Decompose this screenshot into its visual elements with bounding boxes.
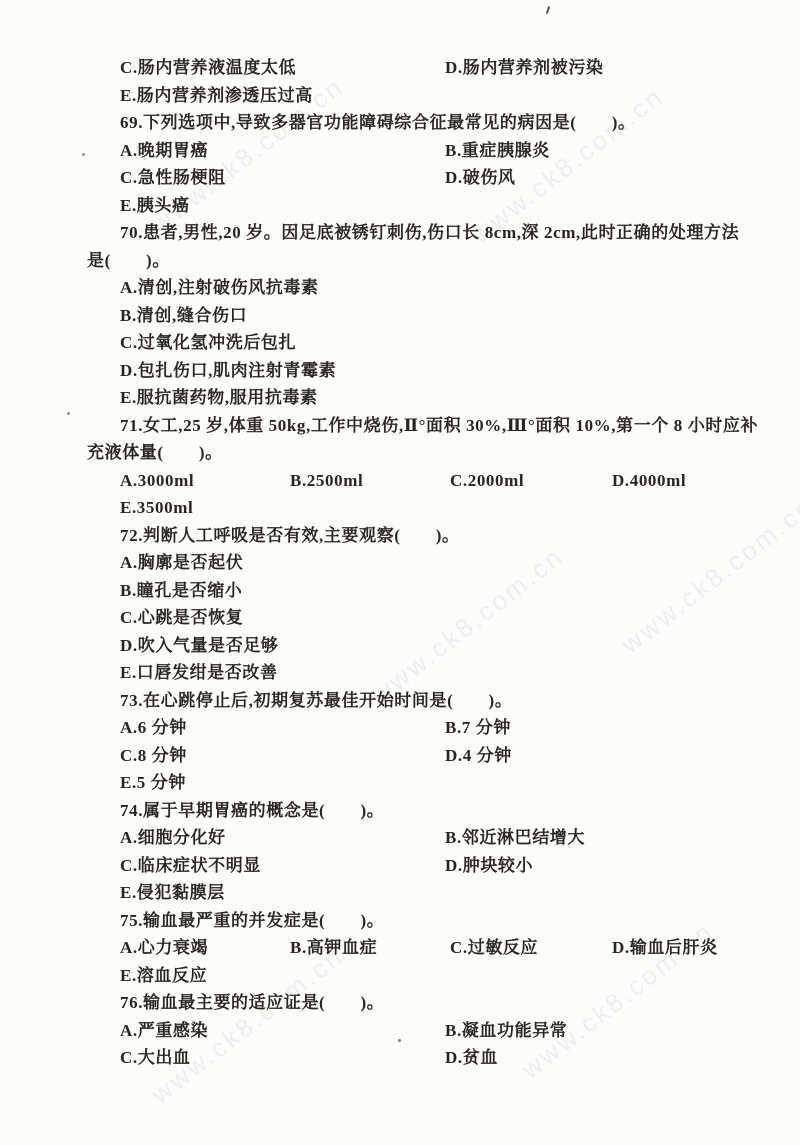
- q72-option-a: A.胸廓是否起伏: [120, 549, 243, 577]
- q76-option-d: D.贫血: [445, 1044, 498, 1072]
- q70-stem: 是( )。: [0, 247, 800, 275]
- q71-option-a: A.3000ml: [120, 467, 194, 495]
- q76-option-b: B.凝血功能异常: [445, 1017, 567, 1045]
- q71-options-row: A.3000ml B.2500ml C.2000ml D.4000ml: [0, 467, 800, 495]
- q71-stem: 71.女工,25 岁,体重 50kg,工作中烧伤,Ⅱ°面积 30%,Ⅲ°面积 1…: [0, 412, 800, 440]
- q75-option-c: C.过敏反应: [450, 934, 538, 962]
- question-76-stem: 76.输血最主要的适应证是( )。: [120, 989, 384, 1017]
- question-70-stem-line-1: 70.患者,男性,20 岁。因足底被锈钉刺伤,伤口长 8cm,深 2cm,此时正…: [120, 219, 739, 247]
- q70-option-b: B.清创,缝合伤口: [120, 302, 247, 330]
- scanned-exam-page: www.ck8.com.cn www.ck8.com.cn www.ck8.co…: [0, 0, 800, 1145]
- q71-option-e: E.3500ml: [120, 494, 193, 522]
- q75-stem: 75.输血最严重的并发症是( )。: [0, 907, 800, 935]
- q70-options-row: B.清创,缝合伤口: [0, 302, 800, 330]
- q69-options-row: C.急性肠梗阻 D.破伤风: [0, 164, 800, 192]
- q74-option-e: E.侵犯黏膜层: [120, 879, 225, 907]
- q76-options-row: A.严重感染 B.凝血功能异常: [0, 1017, 800, 1045]
- q70-options-row: E.服抗菌药物,服用抗毒素: [0, 384, 800, 412]
- q73-options-row: C.8 分钟 D.4 分钟: [0, 742, 800, 770]
- q73-option-a: A.6 分钟: [120, 714, 187, 742]
- q69-option-b: B.重症胰腺炎: [445, 137, 550, 165]
- q69-option-d: D.破伤风: [445, 164, 516, 192]
- q73-option-c: C.8 分钟: [120, 742, 187, 770]
- q74-option-c: C.临床症状不明显: [120, 852, 261, 880]
- q72-options-row: C.心跳是否恢复: [0, 604, 800, 632]
- q73-option-e: E.5 分钟: [120, 769, 186, 797]
- question-71-stem-line-1: 71.女工,25 岁,体重 50kg,工作中烧伤,Ⅱ°面积 30%,Ⅲ°面积 1…: [120, 412, 758, 440]
- q70-option-a: A.清创,注射破伤风抗毒素: [120, 274, 319, 302]
- q73-option-b: B.7 分钟: [445, 714, 511, 742]
- q69-options-row: E.胰头癌: [0, 192, 800, 220]
- question-75-stem: 75.输血最严重的并发症是( )。: [120, 907, 384, 935]
- q74-option-b: B.邻近淋巴结增大: [445, 824, 585, 852]
- q72-option-c: C.心跳是否恢复: [120, 604, 243, 632]
- q71-option-d: D.4000ml: [612, 467, 686, 495]
- question-69-stem: 69.下列选项中,导致多器官功能障碍综合征最常见的病因是( )。: [120, 109, 636, 137]
- q72-option-b: B.瞳孔是否缩小: [120, 577, 242, 605]
- q70-option-d: D.包扎伤口,肌肉注射青霉素: [120, 357, 336, 385]
- q74-options-row: A.细胞分化好 B.邻近淋巴结增大: [0, 824, 800, 852]
- q75-option-b: B.高钾血症: [290, 934, 377, 962]
- q72-option-d: D.吹入气量是否足够: [120, 632, 279, 660]
- q68-option-e: E.肠内营养剂渗透压过高: [120, 82, 313, 110]
- question-70-stem-line-2: 是( )。: [87, 247, 170, 275]
- q68-option-c: C.肠内营养液温度太低: [120, 54, 296, 82]
- q69-options-row: A.晚期胃癌 B.重症胰腺炎: [0, 137, 800, 165]
- q72-options-row: D.吹入气量是否足够: [0, 632, 800, 660]
- q74-option-a: A.细胞分化好: [120, 824, 226, 852]
- q72-options-row: B.瞳孔是否缩小: [0, 577, 800, 605]
- q75-options-row: E.溶血反应: [0, 962, 800, 990]
- scan-speck: [546, 6, 550, 14]
- q72-stem: 72.判断人工呼吸是否有效,主要观察( )。: [0, 522, 800, 550]
- question-73-stem: 73.在心跳停止后,初期复苏最佳开始时间是( )。: [120, 687, 512, 715]
- q70-options-row: C.过氧化氢冲洗后包扎: [0, 329, 800, 357]
- q76-option-a: A.严重感染: [120, 1017, 208, 1045]
- q71-options-row: E.3500ml: [0, 494, 800, 522]
- q69-option-c: C.急性肠梗阻: [120, 164, 226, 192]
- q74-option-d: D.肿块较小: [445, 852, 533, 880]
- q68-options-row: C.肠内营养液温度太低 D.肠内营养剂被污染: [0, 54, 800, 82]
- q76-option-c: C.大出血: [120, 1044, 191, 1072]
- q71-option-b: B.2500ml: [290, 467, 363, 495]
- q74-options-row: C.临床症状不明显 D.肿块较小: [0, 852, 800, 880]
- q75-option-d: D.输血后肝炎: [612, 934, 718, 962]
- q70-options-row: A.清创,注射破伤风抗毒素: [0, 274, 800, 302]
- q75-option-a: A.心力衰竭: [120, 934, 208, 962]
- q72-option-e: E.口唇发绀是否改善: [120, 659, 278, 687]
- q68-options-row: E.肠内营养剂渗透压过高: [0, 82, 800, 110]
- q71-stem: 充液体量( )。: [0, 439, 800, 467]
- q73-option-d: D.4 分钟: [445, 742, 512, 770]
- q69-option-a: A.晚期胃癌: [120, 137, 208, 165]
- q75-option-e: E.溶血反应: [120, 962, 207, 990]
- question-72-stem: 72.判断人工呼吸是否有效,主要观察( )。: [120, 522, 460, 550]
- q73-options-row: A.6 分钟 B.7 分钟: [0, 714, 800, 742]
- q70-option-e: E.服抗菌药物,服用抗毒素: [120, 384, 318, 412]
- q73-options-row: E.5 分钟: [0, 769, 800, 797]
- q70-option-c: C.过氧化氢冲洗后包扎: [120, 329, 296, 357]
- q69-stem: 69.下列选项中,导致多器官功能障碍综合征最常见的病因是( )。: [0, 109, 800, 137]
- q70-options-row: D.包扎伤口,肌肉注射青霉素: [0, 357, 800, 385]
- q68-option-d: D.肠内营养剂被污染: [445, 54, 604, 82]
- q74-options-row: E.侵犯黏膜层: [0, 879, 800, 907]
- q73-stem: 73.在心跳停止后,初期复苏最佳开始时间是( )。: [0, 687, 800, 715]
- q72-options-row: A.胸廓是否起伏: [0, 549, 800, 577]
- q70-stem: 70.患者,男性,20 岁。因足底被锈钉刺伤,伤口长 8cm,深 2cm,此时正…: [0, 219, 800, 247]
- question-71-stem-line-2: 充液体量( )。: [87, 439, 223, 467]
- q75-options-row: A.心力衰竭 B.高钾血症 C.过敏反应 D.输血后肝炎: [0, 934, 800, 962]
- q69-option-e: E.胰头癌: [120, 192, 190, 220]
- q76-stem: 76.输血最主要的适应证是( )。: [0, 989, 800, 1017]
- q74-stem: 74.属于早期胃癌的概念是( )。: [0, 797, 800, 825]
- q72-options-row: E.口唇发绀是否改善: [0, 659, 800, 687]
- q71-option-c: C.2000ml: [450, 467, 524, 495]
- q76-options-row: C.大出血 D.贫血: [0, 1044, 800, 1072]
- question-74-stem: 74.属于早期胃癌的概念是( )。: [120, 797, 384, 825]
